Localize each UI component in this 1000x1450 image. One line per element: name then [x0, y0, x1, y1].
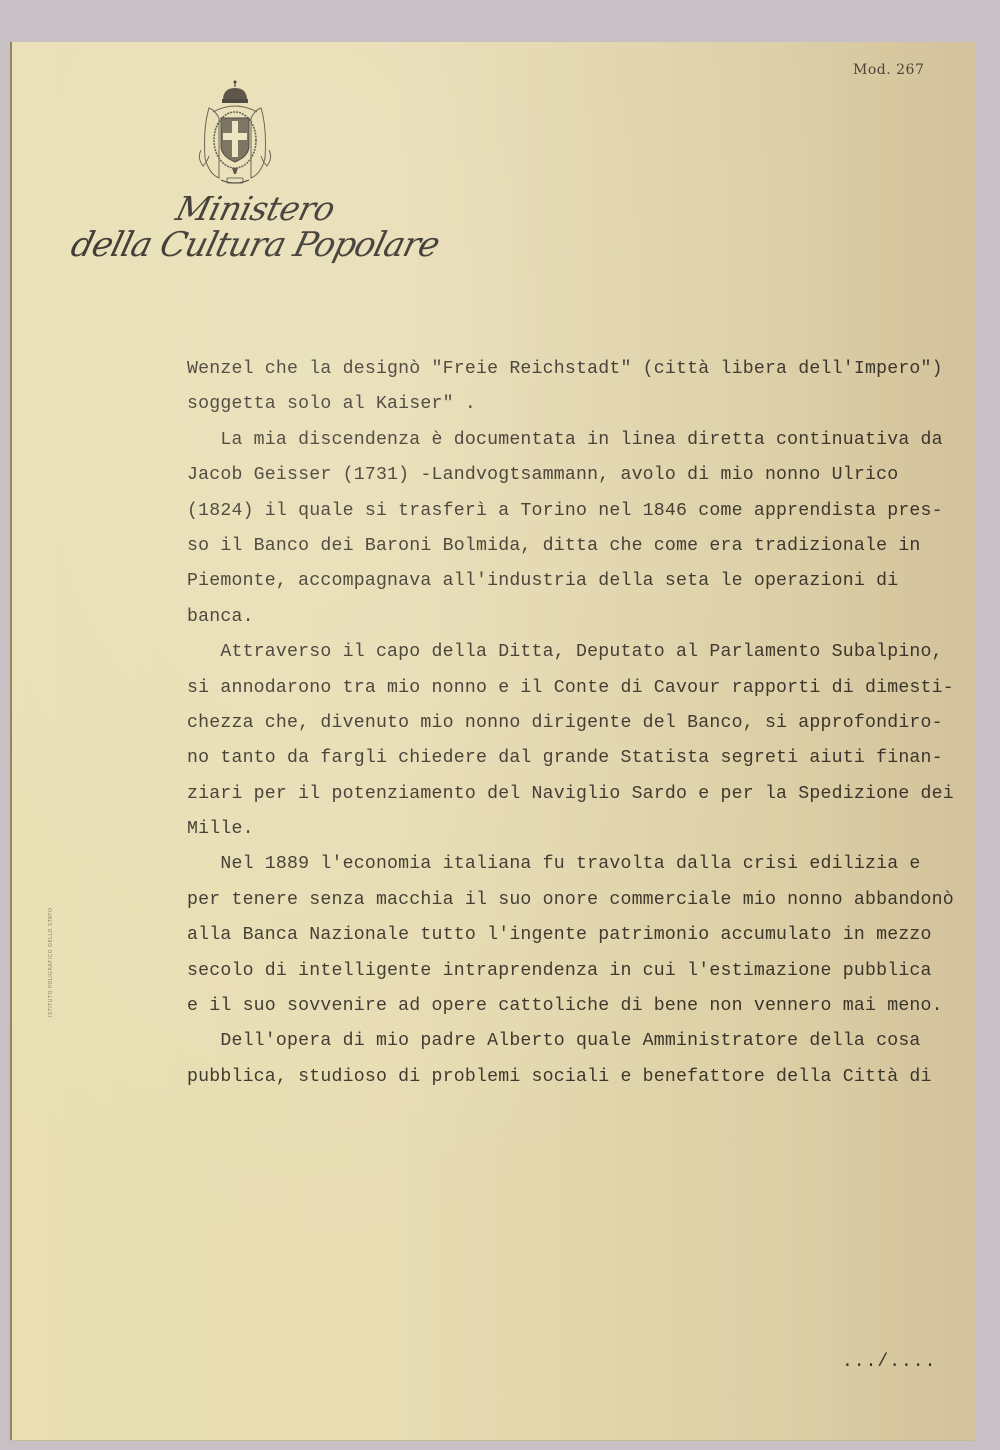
- text-line: Mille.: [187, 812, 977, 847]
- printer-imprint: ISTITUTO POLIGRAFICO DELLO STATO: [48, 908, 54, 1017]
- text-line: no tanto da fargli chiedere dal grande S…: [187, 741, 977, 776]
- text-line: so il Banco dei Baroni Bolmida, ditta ch…: [187, 529, 977, 564]
- letter-body: Wenzel che la designò "Freie Reichstadt"…: [187, 352, 977, 1095]
- text-line: chezza che, divenuto mio nonno dirigente…: [187, 706, 977, 741]
- text-line: alla Banca Nazionale tutto l'ingente pat…: [187, 918, 977, 953]
- text-line: per tenere senza macchia il suo onore co…: [187, 883, 977, 918]
- text-line: Wenzel che la designò "Freie Reichstadt"…: [187, 352, 977, 387]
- text-line: Nel 1889 l'economia italiana fu travolta…: [187, 847, 977, 882]
- text-line: secolo di intelligente intraprendenza in…: [187, 954, 977, 989]
- text-line: banca.: [187, 600, 977, 635]
- text-line: pubblica, studioso di problemi sociali e…: [187, 1060, 977, 1095]
- text-line: La mia discendenza è documentata in line…: [187, 423, 977, 458]
- text-line: si annodarono tra mio nonno e il Conte d…: [187, 671, 977, 706]
- text-line: ziari per il potenziamento del Naviglio …: [187, 777, 977, 812]
- text-line: Dell'opera di mio padre Alberto quale Am…: [187, 1024, 977, 1059]
- form-number: Mod. 267: [853, 62, 924, 78]
- ministry-title-line1: Ministero: [173, 192, 338, 225]
- text-line: (1824) il quale si trasferì a Torino nel…: [187, 494, 977, 529]
- text-line: e il suo sovvenire ad opere cattoliche d…: [187, 989, 977, 1024]
- savoy-coat-of-arms-icon: [195, 78, 275, 188]
- letter-page: Mod. 267 Ministero della Cultura Popolar…: [12, 42, 975, 1440]
- ministry-title-line2: della Cultura Popolare: [68, 228, 443, 262]
- continuation-mark: .../....: [842, 1352, 936, 1372]
- text-line: Jacob Geisser (1731) -Landvogtsammann, a…: [187, 458, 977, 493]
- text-line: Attraverso il capo della Ditta, Deputato…: [187, 635, 977, 670]
- text-line: Piemonte, accompagnava all'industria del…: [187, 564, 977, 599]
- text-line: soggetta solo al Kaiser" .: [187, 387, 977, 422]
